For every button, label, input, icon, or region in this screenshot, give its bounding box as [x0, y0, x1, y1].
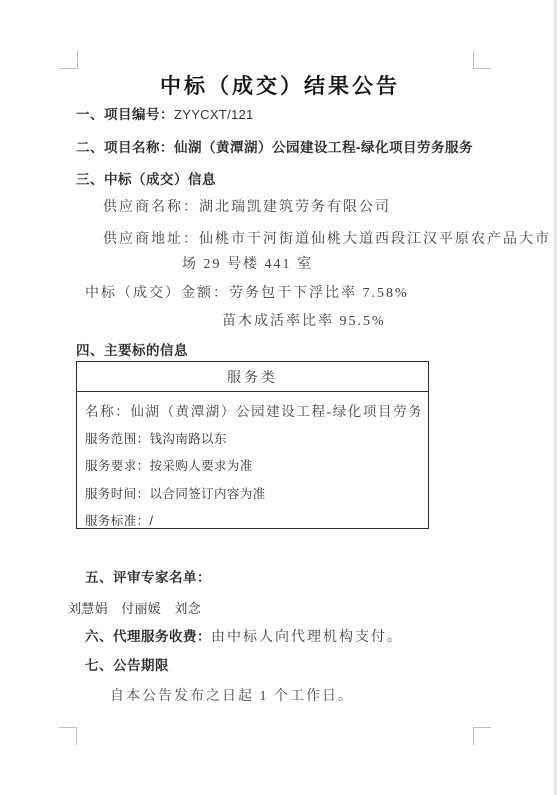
- section3-heading: 三、中标（成交）信息: [76, 168, 216, 188]
- table-row: 服务时间：以合同签订内容为准: [85, 481, 420, 509]
- award-amount-label: 中标（成交）金额：: [85, 286, 229, 301]
- table-row: 服务标准：/: [85, 508, 420, 536]
- supplier-name-line: 供应商名称：湖北瑞凯建筑劳务有限公司: [103, 196, 391, 216]
- expert-names: 刘慧娟 付丽媛 刘念: [68, 598, 201, 617]
- agency-fee-value: 由中标人向代理机构支付。: [211, 630, 403, 645]
- row-label: 服务时间：: [85, 487, 150, 501]
- supplier-address-line2: 场 29 号楼 441 室: [182, 253, 313, 273]
- row-value: 以合同签订内容为准: [150, 487, 266, 501]
- row-value: 仙湖（黄潭湖）公园建设工程-绿化项目劳务服务: [130, 404, 420, 419]
- row-label: 服务要求：: [85, 459, 150, 473]
- section2-heading: 二、项目名称：: [76, 140, 174, 155]
- section7-heading: 七、公告期限: [85, 654, 169, 674]
- margin-crop-mark-top-right: [473, 51, 491, 69]
- section4-heading: 四、主要标的信息: [76, 339, 188, 359]
- award-amount-line1: 中标（成交）金额：劳务包干下浮比率 7.58%: [85, 282, 409, 302]
- award-amount-line2: 苗木成活率比率 95.5%: [222, 310, 386, 330]
- supplier-address-label: 供应商地址：: [103, 232, 199, 247]
- section5-heading: 五、评审专家名单：: [85, 566, 211, 586]
- row-value: 按采购人要求为准: [150, 459, 253, 473]
- margin-crop-mark-bottom-right: [473, 727, 491, 745]
- page-edge-divider: [554, 0, 557, 795]
- section-project-number: 一、项目编号：ZYYCXT/121: [76, 103, 254, 124]
- row-label: 名称：: [85, 404, 130, 419]
- announcement-period-body: 自本公告发布之日起 1 个工作日。: [110, 685, 354, 705]
- margin-crop-mark-bottom-left: [59, 727, 77, 745]
- supplier-address-line1: 供应商地址：仙桃市干河街道仙桃大道西段江汉平原农产品大市: [103, 228, 551, 248]
- table-row: 名称：仙湖（黄潭湖）公园建设工程-绿化项目劳务服务: [85, 398, 420, 426]
- row-value: /: [150, 514, 154, 528]
- page-title: 中标（成交）结果公告: [0, 70, 560, 100]
- project-number-value: ZYYCXT/121: [174, 107, 254, 122]
- row-label: 服务标准：: [85, 514, 150, 528]
- award-amount-value1: 劳务包干下浮比率 7.58%: [229, 286, 409, 301]
- project-name-value: 仙湖（黄潭湖）公园建设工程-绿化项目劳务服务: [174, 140, 473, 155]
- supplier-address-value1: 仙桃市干河街道仙桃大道西段江汉平原农产品大市: [199, 232, 551, 247]
- supplier-name-label: 供应商名称：: [103, 200, 199, 215]
- row-value: 钱沟南路以东: [150, 432, 227, 446]
- margin-crop-mark-top-left: [60, 51, 78, 69]
- table-row: 服务要求：按采购人要求为准: [85, 453, 420, 481]
- row-label: 服务范围：: [85, 432, 150, 446]
- document-page: 中标（成交）结果公告 一、项目编号：ZYYCXT/121 二、项目名称：仙湖（黄…: [0, 0, 560, 795]
- table-header-service-category: 服务类: [77, 362, 428, 392]
- section-agency-fee: 六、代理服务收费：由中标人向代理机构支付。: [85, 625, 403, 646]
- table-body: 名称：仙湖（黄潭湖）公园建设工程-绿化项目劳务服务 服务范围：钱沟南路以东 服务…: [77, 392, 428, 536]
- section6-heading: 六、代理服务收费：: [85, 629, 211, 644]
- subject-matter-table: 服务类 名称：仙湖（黄潭湖）公园建设工程-绿化项目劳务服务 服务范围：钱沟南路以…: [76, 361, 429, 529]
- section-project-name: 二、项目名称：仙湖（黄潭湖）公园建设工程-绿化项目劳务服务: [76, 136, 473, 157]
- section1-heading: 一、项目编号：: [76, 107, 174, 122]
- supplier-name-value: 湖北瑞凯建筑劳务有限公司: [199, 200, 391, 215]
- table-row: 服务范围：钱沟南路以东: [85, 426, 420, 454]
